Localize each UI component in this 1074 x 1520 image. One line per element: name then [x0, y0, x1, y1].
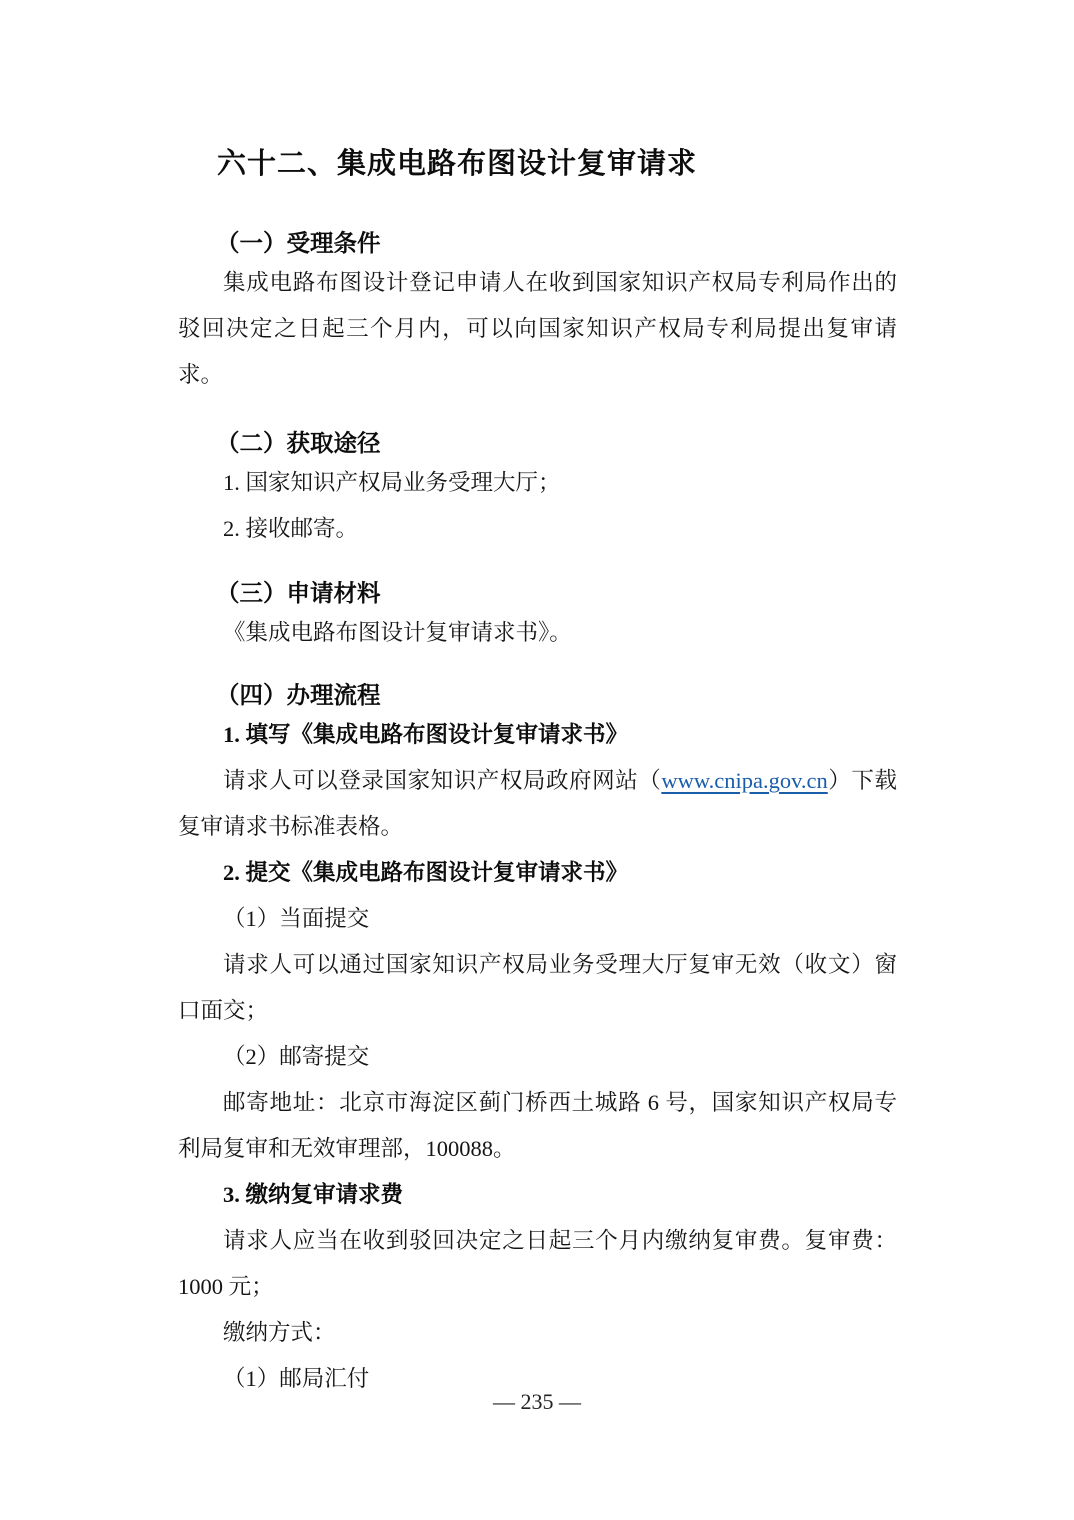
paragraph-fee-amount: 请求人应当在收到驳回决定之日起三个月内缴纳复审费。复审费：1000 元； [178, 1218, 897, 1310]
sub-item-label-in-person: （1）当面提交 [178, 896, 897, 942]
section-heading-obtain-channels: （二）获取途径 [216, 428, 897, 460]
step-title-pay-fee: 3. 缴纳复审请求费 [178, 1172, 897, 1218]
section-heading-procedure: （四）办理流程 [216, 680, 897, 712]
page-number: — 235 — [0, 1388, 1074, 1416]
text-before-link: 请求人可以登录国家知识产权局政府网站（ [223, 768, 661, 793]
cnipa-website-link[interactable]: www.cnipa.gov.cn [661, 768, 827, 793]
paragraph-in-person-submission: 请求人可以通过国家知识产权局业务受理大厅复审无效（收文）窗口面交； [178, 942, 897, 1034]
paragraph-payment-methods-label: 缴纳方式： [178, 1310, 897, 1356]
document-page: 六十二、集成电路布图设计复审请求 （一）受理条件 集成电路布图设计登记申请人在收… [0, 0, 1074, 1520]
paragraph-mailing-address: 邮寄地址：北京市海淀区蓟门桥西土城路 6 号，国家知识产权局专利局复审和无效审理… [178, 1080, 897, 1172]
paragraph-acceptance-conditions: 集成电路布图设计登记申请人在收到国家知识产权局专利局作出的驳回决定之日起三个月内… [178, 260, 897, 398]
list-item-channel-1: 1. 国家知识产权局业务受理大厅； [178, 460, 897, 506]
step-title-submit-form: 2. 提交《集成电路布图设计复审请求书》 [178, 850, 897, 896]
step-title-fill-form: 1. 填写《集成电路布图设计复审请求书》 [178, 712, 897, 758]
paragraph-application-materials: 《集成电路布图设计复审请求书》。 [178, 610, 897, 656]
page-title: 六十二、集成电路布图设计复审请求 [217, 146, 897, 182]
paragraph-website-download: 请求人可以登录国家知识产权局政府网站（www.cnipa.gov.cn）下载复审… [178, 758, 897, 850]
list-item-channel-2: 2. 接收邮寄。 [178, 506, 897, 552]
sub-item-label-by-mail: （2）邮寄提交 [178, 1034, 897, 1080]
document-content: 六十二、集成电路布图设计复审请求 （一）受理条件 集成电路布图设计登记申请人在收… [0, 0, 1074, 1402]
section-heading-acceptance-conditions: （一）受理条件 [216, 228, 897, 260]
section-heading-application-materials: （三）申请材料 [216, 578, 897, 610]
